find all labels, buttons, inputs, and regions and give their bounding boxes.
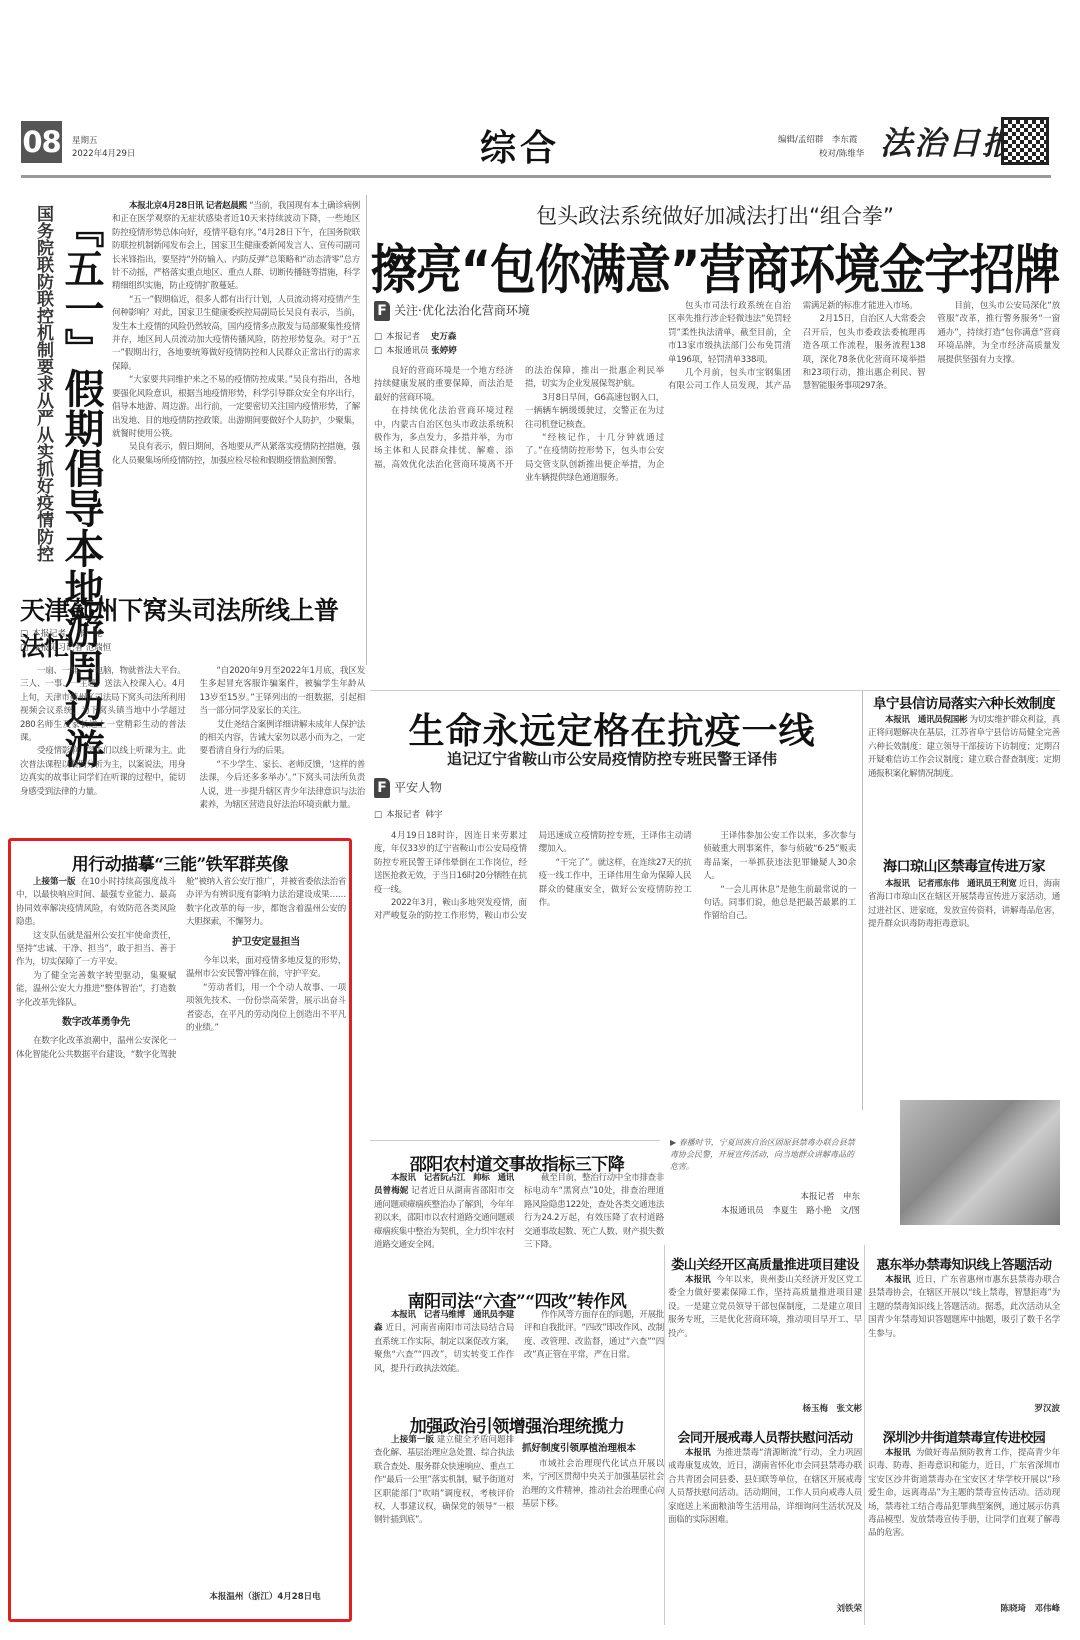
tianjin-para-5: “不少学生、家长、老师反馈，‘这样的普法课，今后还多多举办’。”下窝头司法所负责… xyxy=(200,759,366,813)
issue-date: 2022年4月29日 xyxy=(72,147,135,159)
baotou-body-right: 包头市司法行政系统在自治区率先推行涉企轻微违法“免罚轻罚”柔性执法清单，截至目前… xyxy=(668,300,1060,665)
funing-headline: 阜宁县信访局落实六种长效制度 xyxy=(868,692,1060,712)
tianjin-para-1: 一扇、一桶、一电脑，物就普法大平台。三人、一事、一主题，送法入校课入心。4月上旬… xyxy=(20,665,186,745)
baotou-para-4: “经核记作，十几分钟就通过了。”在疫情防控形势下，包头市公安局交管支队创新推出便… xyxy=(525,432,664,486)
photo-credit-1: 本报记者 申东 xyxy=(670,1190,860,1204)
sanneng-para-3: 为了健全完善数字转型驱动，集聚赋能，温州公安大力推进“整体智治”，打造数字化改革… xyxy=(16,970,176,1010)
nanyang-para-1: 近日，河南省南阳市司法局结合局直系统工作实际，制定以案促改方案，聚焦“六查”“四… xyxy=(374,1323,514,1373)
zhili-body-left: 上接第一版 建立健全矛盾问题排查化解、基层治理应急处置、综合执法联合查处、服务群… xyxy=(374,1434,514,1614)
huitong-lead: 本报讯 xyxy=(685,1448,711,1458)
sanneng-dateline: 本报温州（浙江）4月28日电 xyxy=(185,1590,345,1602)
huidong-author: 罗汉波 xyxy=(868,1402,1060,1416)
sanneng-subhead-1: 护卫安定显担当 xyxy=(186,936,346,949)
haikou-headline: 海口琼山区禁毒宣传进万家 xyxy=(868,856,1060,876)
sanneng-lead-label: 上接第一版 xyxy=(33,877,75,887)
byline-role: 本报见习记者 xyxy=(32,643,83,653)
byline-name: 张婷婷 xyxy=(431,346,457,356)
wuyi-kicker: 国务院联防联控机制要求从严从实抓好疫情防控 xyxy=(34,205,52,562)
loushan-lead: 本报讯 xyxy=(685,1275,711,1285)
shaoyang-body: 本报讯 记者阮占江 帅标 通讯员曾梅妮 记者近日从湖南省邵阳市交通问题顽瘴痼疾整… xyxy=(374,1172,664,1264)
editors-credit: 编辑/孟绍群 李东霞 xyxy=(778,133,857,145)
weekday: 星期五 xyxy=(72,134,98,146)
wangzewei-para-3: “干完了”。就这样，在连续27天的抗疫一线工作中，王译伟用生命为保障人民群众的健… xyxy=(539,857,692,911)
wangzewei-headline: 生命永远定格在抗疫一线 xyxy=(372,703,852,754)
byline-name: 韩宇 xyxy=(425,810,442,820)
funing-body: 本报讯 通讯员倪国彬 为切实维护群众利益，真正将问题解决在基层，江苏省阜宁县信访… xyxy=(868,714,1060,822)
section-divider xyxy=(864,1245,865,1625)
byline-name: 史万森 xyxy=(431,332,457,342)
column-divider xyxy=(366,195,367,665)
byline-role: 本报记者 xyxy=(386,810,420,820)
huitong-headline: 会同开展戒毒人员帮扶慰问活动 xyxy=(668,1427,862,1446)
wuyi-para-4: 吴良有表示，假日期间，各地要从严从紧落实疫情防控措施，强化人员聚集场所疫情防控，… xyxy=(112,441,360,468)
section-title: 综合 xyxy=(480,120,560,171)
section-divider xyxy=(370,1140,660,1141)
zhili-subhead: 抓好制度引领厚植治理根本 xyxy=(522,1440,664,1454)
wangzewei-column-tag: F平安人物 xyxy=(374,778,442,798)
byline-role: 本报记者 xyxy=(386,332,420,342)
loushan-body: 本报讯 今年以来，贵州娄山关经济开发区党工委全力做好要素保障工作，坚持高质量推进… xyxy=(668,1274,862,1402)
sanneng-body: 上接第一版 在10小时持续高强度战斗中，以最快响应时间、最强专业能力、最高协同效… xyxy=(16,876,346,1556)
byline-role: 本报通讯员 xyxy=(386,346,429,356)
wuyi-para-1: “当前，我国现有本土确诊病例和正在医学观察的无症状感染者近10天来持续波动下降，… xyxy=(112,201,360,291)
zhili-body-right: 市域社会治理现代化试点开展以来，宁河区贯彻中央关于加强基层社会治理的文件精神，推… xyxy=(522,1458,664,1614)
shajing-headline: 深圳沙井街道禁毒宣传进校园 xyxy=(868,1427,1060,1446)
news-photo xyxy=(900,1100,1060,1225)
haikou-body: 本报讯 记者邢东伟 通讯员王利宽 近日，海南省海口市琼山区在辖区开展禁毒宣传进万… xyxy=(868,878,1060,1088)
wuyi-reporter: 记者赵晨熙 xyxy=(206,201,247,211)
sanneng-subhead-2: 数字改革勇争先 xyxy=(16,1016,176,1029)
wangzewei-para-5: “一会儿再休息”是他生前最常说的一句话。同事们说，他总是把最苦最累的工作留给自己… xyxy=(703,884,856,924)
wuyi-para-3: “大家要共同维护来之不易的疫情防控成果。”吴良有指出，各地要强化风险意识，根据当… xyxy=(112,374,360,441)
section-divider xyxy=(370,690,1060,691)
haikou-lead: 本报讯 记者邢东伟 通讯员王利宽 xyxy=(885,879,1017,889)
huitong-body: 本报讯 为推进禁毒“清源断流”行动，全力巩固戒毒康复成效，近日，湖南省怀化市会同… xyxy=(668,1447,862,1602)
baotou-body-left: 良好的营商环境是一个地方经济持续健康发展的重要保障，而法治是最好的营商环境。 在… xyxy=(374,365,664,665)
tianjin-para-2: 受疫情影响，学生们以线上听课为主。此次普法课程以案例分析为主，以案说法，用身边真… xyxy=(20,745,186,799)
loushan-author: 杨玉梅 张文彬 xyxy=(668,1402,862,1416)
funing-lead: 本报讯 通讯员倪国彬 xyxy=(885,715,967,725)
sanneng-para-4: 今年以来，面对疫情多地反复的形势，温州市公安民警冲锋在前，守护平安。 xyxy=(186,955,346,982)
baotou-subtitle: 包头政法系统做好加减法打出“组合拳” xyxy=(370,200,1060,230)
byline-role: 本报记者 xyxy=(32,629,66,639)
shajing-lead: 本报讯 xyxy=(885,1448,910,1458)
wangzewei-para-1: 4月19日18时许，因连日来劳累过度，年仅33岁的辽宁省鞍山市公安局疫情防控专班… xyxy=(374,830,527,897)
sanneng-para-2: 这支队伍就是温州公安扛牢使命责任，坚持“忠诚、干净、担当”，敢于担当、善于作为，… xyxy=(16,930,176,970)
right-column-divider xyxy=(862,690,863,1110)
tianjin-body: 一扇、一桶、一电脑，物就普法大平台。三人、一事、一主题，送法入校课入心。4月上旬… xyxy=(20,665,365,845)
wuyi-lead-label: 本报北京4月28日讯 xyxy=(129,201,203,211)
tianjin-byline: 本报记者 张 驰 本报见习记者 范瑞恒 xyxy=(20,627,180,655)
photo-credit-2: 本报通讯员 李夏生 路小艳 文/图 xyxy=(670,1204,860,1218)
tianjin-para-4: 艾仕尧结合案例详细讲解未成年人保护法的相关内容，告诫大家勿以恶小而为之，一定要看… xyxy=(200,719,366,759)
sanneng-para-6: “劳动者们，用一个个动人故事、一项项领先技术、一份份崇高荣誉，展示出奋斗者姿态，… xyxy=(186,982,346,1036)
sanneng-headline: 用行动描摹“三能”铁军群英像 xyxy=(14,850,346,875)
huidong-body: 本报讯 近日，广东省惠州市惠东县禁毒办联合县禁毒协会，在辖区开展以“线上禁毒，智… xyxy=(868,1274,1060,1402)
byline-name: 张 驰 xyxy=(77,629,103,639)
baotou-para-1: 良好的营商环境是一个地方经济持续健康发展的重要保障，而法治是最好的营商环境。 xyxy=(374,365,513,405)
baotou-para-7: 2月15日，自治区人大常委会召开后，包头市委政法委梳理再造各项工作流程，服务流程… xyxy=(803,313,926,393)
shajing-text: 为做好毒品预防教育工作，提高青少年识毒、防毒、拒毒意识和能力，近日，广东省深圳市… xyxy=(868,1448,1060,1538)
column-f-icon: F xyxy=(374,778,390,798)
zhili-para-2: 市域社会治理现代化试点开展以来，宁河区贯彻中央关于加强基层社会治理的文件精神，推… xyxy=(522,1458,664,1512)
page-number-badge: 08 xyxy=(21,121,62,163)
baotou-column-tag: F关注·优化法治化营商环境 xyxy=(374,301,530,321)
baotou-headline: 擦亮“包你满意”营商环境金字招牌 xyxy=(370,228,1060,304)
proofreader-credit: 校对/陈维华 xyxy=(819,147,864,159)
masthead-rule xyxy=(21,175,1051,178)
huitong-author: 刘铁荣 xyxy=(668,1602,862,1616)
shajing-author: 陈晓琦 邓伟峰 xyxy=(868,1602,1060,1616)
qr-code-icon[interactable] xyxy=(1001,117,1049,165)
shaoyang-para-2: 截至目前，整治行动中全市排查非标电动车“黑窝点”10处，排查治理道路风险隐患12… xyxy=(524,1172,664,1252)
wangzewei-para-4: 王译伟参加公安工作以来，多次参与侦破重大刑事案件，参与侦破“6·25”贩卖毒品案… xyxy=(703,830,856,884)
column-tag-text: 平安人物 xyxy=(394,781,442,795)
baotou-para-5: 包头市司法行政系统在自治区率先推行涉企轻微违法“免罚轻罚”柔性执法清单，截至目前… xyxy=(668,300,791,367)
wangzewei-byline: 本报记者 韩宇 xyxy=(374,808,524,822)
column-f-icon: F xyxy=(374,301,390,321)
tianjin-para-3: “自2020年9月至2022年1月底，我区发生多起冒充客服诈骗案件，被骗学生年龄… xyxy=(200,665,366,719)
zhili-lead-label: 上接第一版 xyxy=(391,1435,434,1445)
paper-logo: 法治日报 xyxy=(880,118,1016,164)
shajing-body: 本报讯 为做好毒品预防教育工作，提高青少年识毒、防毒、拒毒意识和能力，近日，广东… xyxy=(868,1447,1060,1602)
byline-name: 范瑞恒 xyxy=(86,643,112,653)
section-divider xyxy=(664,1245,665,1625)
wangzewei-subtitle: 追记辽宁省鞍山市公安局疫情防控专班民警王译伟 xyxy=(372,748,852,769)
baotou-para-3: 3月8日早间，G6高速包钢入口，一辆辆车辆缓缓驶过，交警正在为过往司机登记核查。 xyxy=(525,392,664,432)
zhili-para-1: 建立健全矛盾问题排查化解、基层治理应急处置、综合执法联合查处、服务群众快速响应、… xyxy=(374,1435,514,1525)
huidong-lead: 本报讯 xyxy=(885,1275,910,1285)
photo-caption: ▶ 春播时节，宁夏回族自治区固原县禁毒办联合县禁毒协会民警，开展宣传活动，向当地… xyxy=(670,1137,860,1173)
wuyi-para-2: “五一”假期临近，很多人都有出行计划，人员流动将对疫情产生何种影响？对此，国家卫… xyxy=(112,294,360,374)
huitong-text: 为推进禁毒“清源断流”行动，全力巩固戒毒康复成效，近日，湖南省怀化市会同县禁毒办… xyxy=(668,1448,862,1525)
huidong-headline: 惠东举办禁毒知识线上答题活动 xyxy=(868,1254,1060,1273)
nanyang-body: 本报讯 记者马维博 通讯员李建森 近日，河南省南阳市司法局结合局直系统工作实际，… xyxy=(374,1309,664,1393)
loushan-headline: 娄山关经开区高质量推进项目建设 xyxy=(668,1254,862,1273)
column-tag-text: 关注·优化法治化营商环境 xyxy=(394,304,530,318)
wuyi-body: 本报北京4月28日讯 记者赵晨熙 “当前，我国现有本土确诊病例和正在医学观察的无… xyxy=(112,200,360,580)
baotou-para-8: 目前，包头市公安局深化“放管服”改革，推行警务服务“一窗通办”，持续打造“包你满… xyxy=(937,300,1060,367)
nanyang-para-2: 作作风等方面存在的问题，开展批评和自我批评。“四改”即改作风、改制度、改管理、改… xyxy=(524,1309,664,1363)
wangzewei-body: 4月19日18时许，因连日来劳累过度，年仅33岁的辽宁省鞍山市公安局疫情防控专班… xyxy=(374,830,856,1110)
baotou-byline: 本报记者 史万森 本报通讯员 张婷婷 xyxy=(374,330,524,358)
